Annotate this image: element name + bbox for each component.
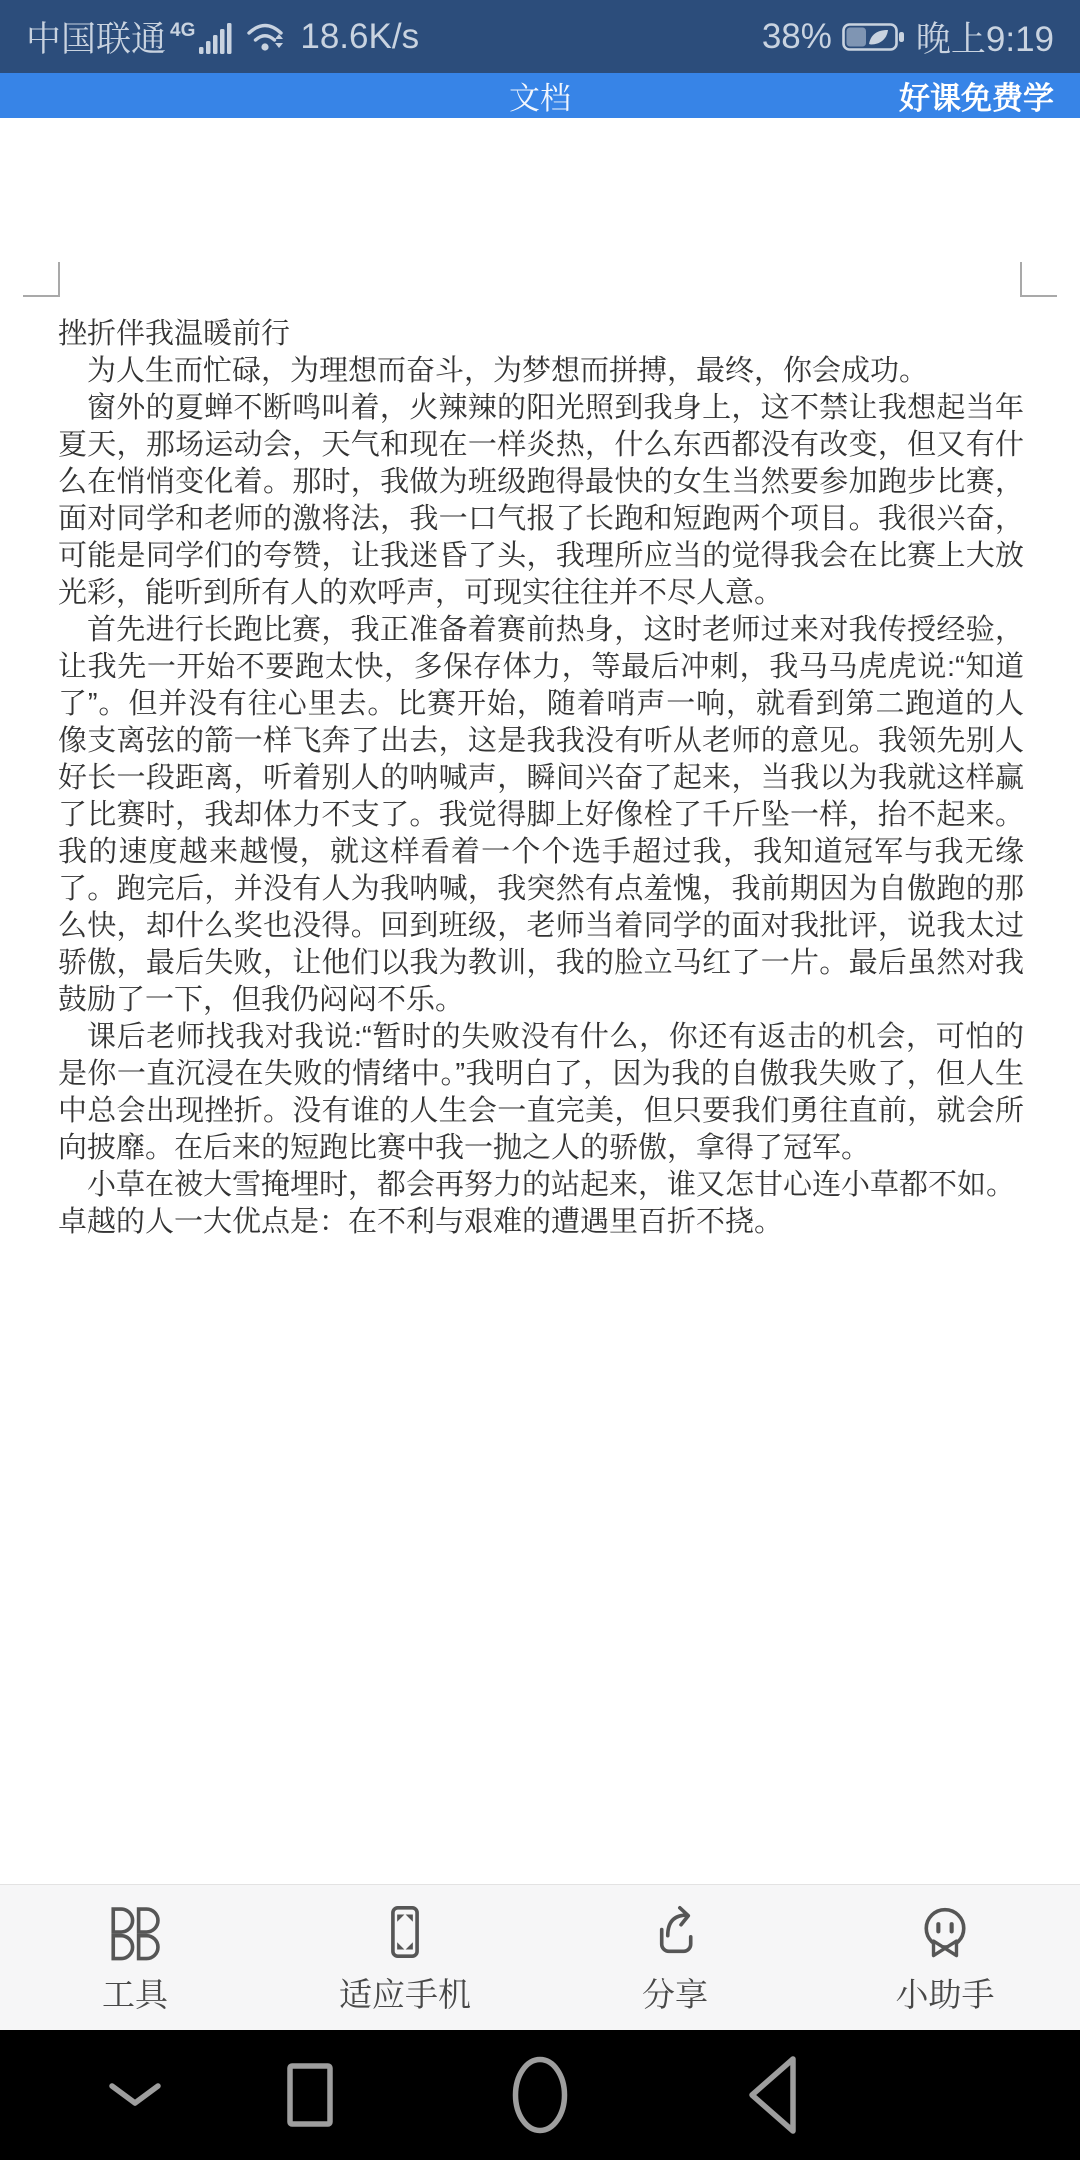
essay-paragraph: 卓越的人一大优点是：在不利与艰难的遭遇里百折不挠。 bbox=[58, 1204, 1024, 1241]
wifi-icon bbox=[246, 20, 288, 54]
page-corner-mark-right bbox=[1020, 262, 1057, 297]
essay-paragraph: 课后老师找我对我说:“暂时的失败没有什么，你还有返击的机会，可怕的是你一直沉浸在… bbox=[58, 1019, 1024, 1167]
essay-paragraph: 小草在被大雪掩埋时，都会再努力的站起来，谁又怎甘心连小草都不如。 bbox=[58, 1167, 1024, 1204]
page-corner-mark-left bbox=[23, 262, 60, 297]
bottom-toolbar: 工具 适应手机 分享 bbox=[0, 1884, 1080, 2030]
assistant-label: 小助手 bbox=[896, 1969, 995, 2016]
status-right: 38% 晚上9:19 bbox=[762, 12, 1054, 62]
free-course-button[interactable]: 好课免费学 bbox=[899, 73, 1054, 118]
assistant-icon bbox=[916, 1901, 974, 1963]
share-icon bbox=[646, 1901, 704, 1963]
network-speed: 18.6K/s bbox=[300, 17, 419, 57]
network-4g-badge: 4G bbox=[170, 20, 195, 42]
document-page[interactable]: 挫折伴我温暖前行 为人生而忙碌，为理想而奋斗，为梦想而拼搏，最终，你会成功。 窗… bbox=[0, 118, 1080, 1884]
chevron-down-icon[interactable] bbox=[108, 2082, 162, 2113]
fit-phone-label: 适应手机 bbox=[339, 1969, 471, 2016]
tools-grid-icon bbox=[106, 1901, 164, 1963]
android-nav-bar bbox=[0, 2030, 1080, 2160]
essay-title: 挫折伴我温暖前行 bbox=[58, 316, 1024, 353]
app-bar: 文档 好课免费学 bbox=[0, 73, 1080, 118]
fit-phone-icon bbox=[376, 1901, 434, 1963]
share-label: 分享 bbox=[642, 1969, 708, 2016]
share-button[interactable]: 分享 bbox=[540, 1885, 810, 2030]
carrier-label: 中国联通 bbox=[26, 12, 166, 62]
document-text: 挫折伴我温暖前行 为人生而忙碌，为理想而奋斗，为梦想而拼搏，最终，你会成功。 窗… bbox=[58, 316, 1024, 1241]
battery-leaf-icon bbox=[842, 21, 906, 53]
tools-button[interactable]: 工具 bbox=[0, 1885, 270, 2030]
essay-paragraph: 为人生而忙碌，为理想而奋斗，为梦想而拼搏，最终，你会成功。 bbox=[58, 353, 1024, 390]
battery-percent: 38% bbox=[762, 17, 832, 57]
phone-screen: 中国联通 4G 18.6K/s bbox=[0, 0, 1080, 2160]
clock-time: 晚上9:19 bbox=[916, 12, 1054, 62]
fit-phone-button[interactable]: 适应手机 bbox=[270, 1885, 540, 2030]
home-circle-icon[interactable] bbox=[512, 2056, 568, 2139]
assistant-button[interactable]: 小助手 bbox=[810, 1885, 1080, 2030]
tools-label: 工具 bbox=[102, 1969, 168, 2016]
status-bar: 中国联通 4G 18.6K/s bbox=[0, 0, 1080, 73]
signal-bars-icon bbox=[198, 20, 236, 54]
back-triangle-icon[interactable] bbox=[746, 2055, 798, 2140]
essay-paragraph: 首先进行长跑比赛，我正准备着赛前热身，这时老师过来对我传授经验，让我先一开始不要… bbox=[58, 612, 1024, 1019]
status-left: 中国联通 4G 18.6K/s bbox=[26, 12, 419, 62]
essay-paragraph: 窗外的夏蝉不断鸣叫着，火辣辣的阳光照到我身上，这不禁让我想起当年夏天，那场运动会… bbox=[58, 390, 1024, 612]
recents-square-icon[interactable] bbox=[287, 2063, 333, 2132]
